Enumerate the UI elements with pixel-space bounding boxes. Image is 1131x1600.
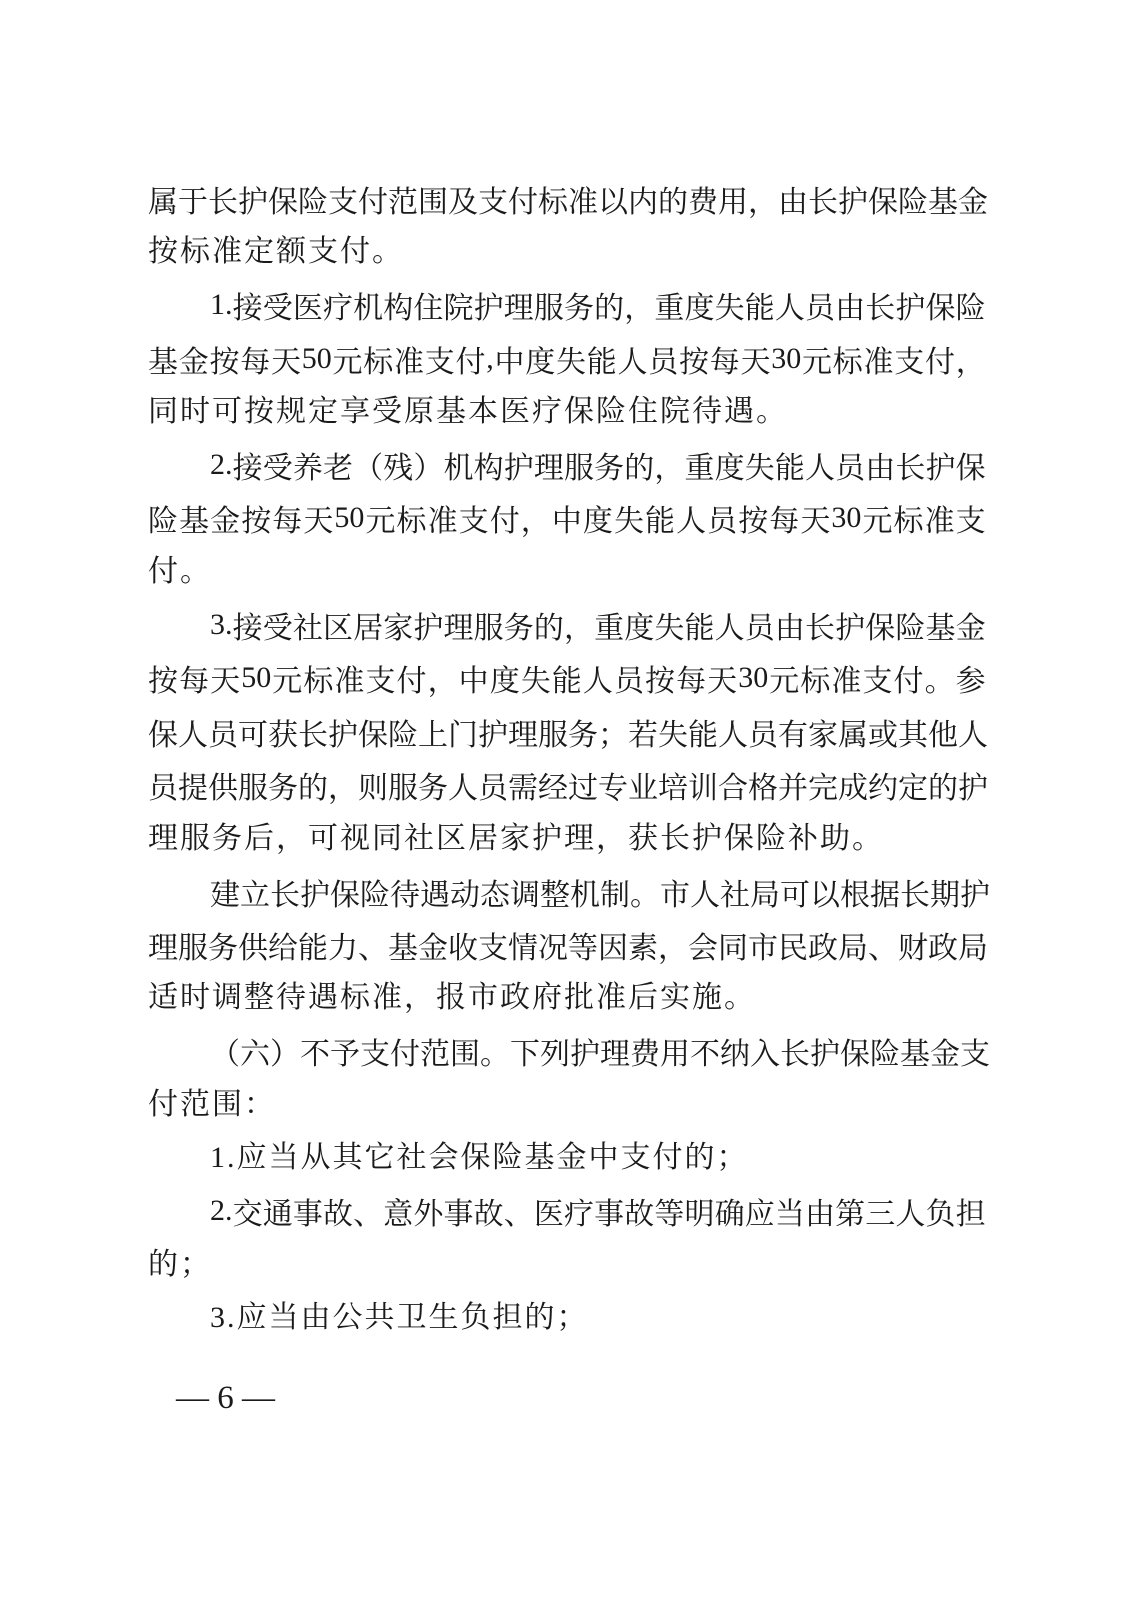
text-line: 付范围： <box>148 1078 986 1131</box>
text-line: 3.接受社区居家护理服务的，重度失能人员由长护保险基金 <box>148 598 986 651</box>
text-line: 按每天50元标准支付，中度失能人员按每天30元标准支付。参 <box>148 652 986 705</box>
text-line: 理服务供给能力、基金收支情况等因素，会同市民政局、财政局 <box>148 918 986 971</box>
para-excluded-1: 1.应当从其它社会保险基金中支付的； <box>148 1131 986 1184</box>
text-line: 的； <box>148 1238 986 1291</box>
para-item-2-nursing-home-care: 2.接受养老（残）机构护理服务的，重度失能人员由长护保险基金按每天50元标准支付… <box>148 438 986 598</box>
text-line: 险基金按每天50元标准支付，中度失能人员按每天30元标准支 <box>148 492 986 545</box>
page-footer: — 6 — <box>176 1378 275 1418</box>
text-line: 建立长护保险待遇动态调整机制。市人社局可以根据长期护 <box>148 865 986 918</box>
para-excluded-3: 3.应当由公共卫生负担的； <box>148 1291 986 1344</box>
para-section-6-excluded-scope: （六）不予支付范围。下列护理费用不纳入长护保险基金支付范围： <box>148 1025 986 1132</box>
text-line: （六）不予支付范围。下列护理费用不纳入长护保险基金支 <box>148 1025 986 1078</box>
para-payment-standard-intro: 属于长护保险支付范围及支付标准以内的费用，由长护保险基金按标准定额支付。 <box>148 172 986 279</box>
text-line: 1.接受医疗机构住院护理服务的，重度失能人员由长护保险 <box>148 279 986 332</box>
text-line: 适时调整待遇标准，报市政府批准后实施。 <box>148 971 986 1024</box>
text-line: 属于长护保险支付范围及支付标准以内的费用，由长护保险基金 <box>148 172 986 225</box>
para-dynamic-adjustment: 建立长护保险待遇动态调整机制。市人社局可以根据长期护理服务供给能力、基金收支情况… <box>148 865 986 1025</box>
text-line: 付。 <box>148 545 986 598</box>
para-item-1-hospital-care: 1.接受医疗机构住院护理服务的，重度失能人员由长护保险基金按每天50元标准支付,… <box>148 279 986 439</box>
text-line: 同时可按规定享受原基本医疗保险住院待遇。 <box>148 385 986 438</box>
document-body: 属于长护保险支付范围及支付标准以内的费用，由长护保险基金按标准定额支付。1.接受… <box>148 172 986 1345</box>
text-line: 理服务后，可视同社区居家护理，获长护保险补助。 <box>148 812 986 865</box>
para-item-3-community-home-care: 3.接受社区居家护理服务的，重度失能人员由长护保险基金按每天50元标准支付，中度… <box>148 598 986 864</box>
text-line: 3.应当由公共卫生负担的； <box>148 1291 986 1344</box>
document-page: 属于长护保险支付范围及支付标准以内的费用，由长护保险基金按标准定额支付。1.接受… <box>0 0 1131 1600</box>
text-line: 2.交通事故、意外事故、医疗事故等明确应当由第三人负担 <box>148 1185 986 1238</box>
text-line: 基金按每天50元标准支付,中度失能人员按每天30元标准支付， <box>148 332 986 385</box>
text-line: 按标准定额支付。 <box>148 225 986 278</box>
text-line: 2.接受养老（残）机构护理服务的，重度失能人员由长护保 <box>148 438 986 491</box>
text-line: 1.应当从其它社会保险基金中支付的； <box>148 1131 986 1184</box>
text-line: 员提供服务的，则服务人员需经过专业培训合格并完成约定的护 <box>148 758 986 811</box>
page-number: — 6 — <box>176 1380 275 1416</box>
text-line: 保人员可获长护保险上门护理服务；若失能人员有家属或其他人 <box>148 705 986 758</box>
para-excluded-2: 2.交通事故、意外事故、医疗事故等明确应当由第三人负担的； <box>148 1185 986 1292</box>
